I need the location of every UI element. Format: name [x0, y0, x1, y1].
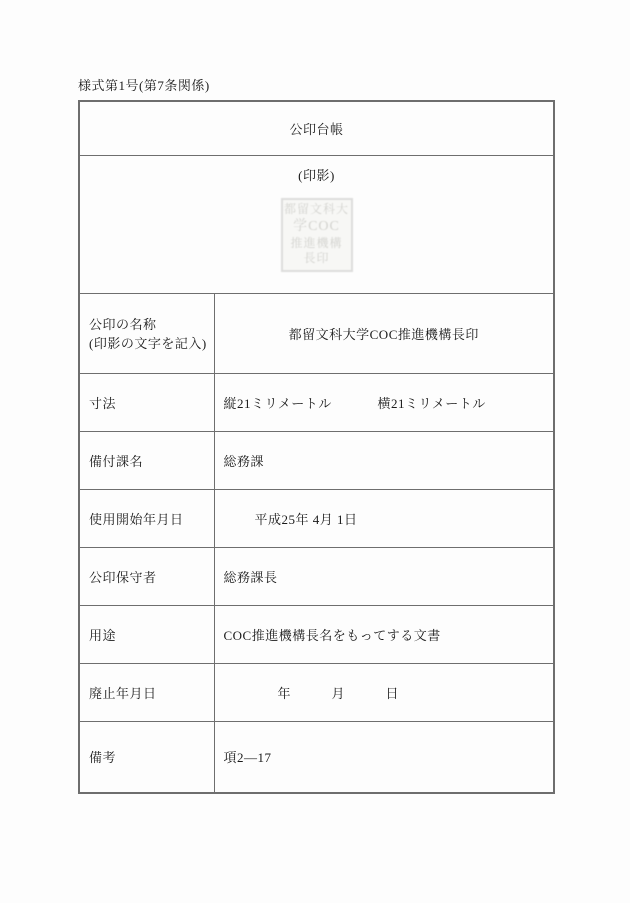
- table-row-usage: 用途 COC推進機構長名をもってする文書: [79, 605, 554, 663]
- row-label: 公印の名称 (印影の文字を記入): [79, 293, 214, 373]
- table-row-title: 公印台帳: [79, 101, 554, 155]
- row-label-text: 公印の名称: [89, 314, 214, 333]
- row-value: 総務課: [214, 431, 554, 489]
- row-value: 縦21ミリメートル 横21ミリメートル: [214, 373, 554, 431]
- row-value: 平成25年 4月 1日: [214, 489, 554, 547]
- dimension-width: 横21ミリメートル: [378, 396, 486, 411]
- row-value: 総務課長: [214, 547, 554, 605]
- table-row-custodian: 公印保守者 総務課長: [79, 547, 554, 605]
- table-row-abolition-date: 廃止年月日 年 月 日: [79, 663, 554, 721]
- seal-impression-label: (印影): [80, 156, 553, 184]
- row-label: 備考: [79, 721, 214, 793]
- form-caption: 様式第1号(第7条関係): [78, 75, 210, 94]
- row-value: COC推進機構長名をもってする文書: [214, 605, 554, 663]
- row-label: 用途: [79, 605, 214, 663]
- seal-text-line: 長印: [303, 251, 329, 267]
- seal-register-table: 公印台帳 (印影) 都留文科大 学COC 推進機構 長印 公印の名称 (印影の文…: [78, 100, 555, 794]
- row-value: 項2—17: [214, 721, 554, 793]
- table-row-seal-name: 公印の名称 (印影の文字を記入) 都留文科大学COC推進機構長印: [79, 293, 554, 373]
- row-label: 備付課名: [79, 431, 214, 489]
- row-label: 使用開始年月日: [79, 489, 214, 547]
- seal-text-line: 都留文科大: [284, 202, 349, 218]
- page-title: 公印台帳: [79, 101, 554, 155]
- row-label: 寸法: [79, 373, 214, 431]
- row-label: 公印保守者: [79, 547, 214, 605]
- dimension-height: 縦21ミリメートル: [224, 393, 332, 412]
- seal-text-line: 推進機構: [290, 236, 342, 252]
- seal-stamp-image: 都留文科大 学COC 推進機構 長印: [281, 198, 353, 272]
- row-label-subtext: (印影の文字を記入): [89, 333, 214, 352]
- table-row-seal: (印影) 都留文科大 学COC 推進機構 長印: [79, 155, 554, 293]
- table-row-start-date: 使用開始年月日 平成25年 4月 1日: [79, 489, 554, 547]
- row-value: 都留文科大学COC推進機構長印: [214, 293, 554, 373]
- table-row-remarks: 備考 項2—17: [79, 721, 554, 793]
- seal-text-line: 学COC: [293, 218, 340, 236]
- row-label: 廃止年月日: [79, 663, 214, 721]
- document-page: 様式第1号(第7条関係) 公印台帳 (印影) 都留文科大 学COC 推進機構 長…: [0, 0, 630, 903]
- table-row-dimensions: 寸法 縦21ミリメートル 横21ミリメートル: [79, 373, 554, 431]
- seal-impression-cell: (印影) 都留文科大 学COC 推進機構 長印: [79, 155, 554, 293]
- table-row-department: 備付課名 総務課: [79, 431, 554, 489]
- row-value: 年 月 日: [214, 663, 554, 721]
